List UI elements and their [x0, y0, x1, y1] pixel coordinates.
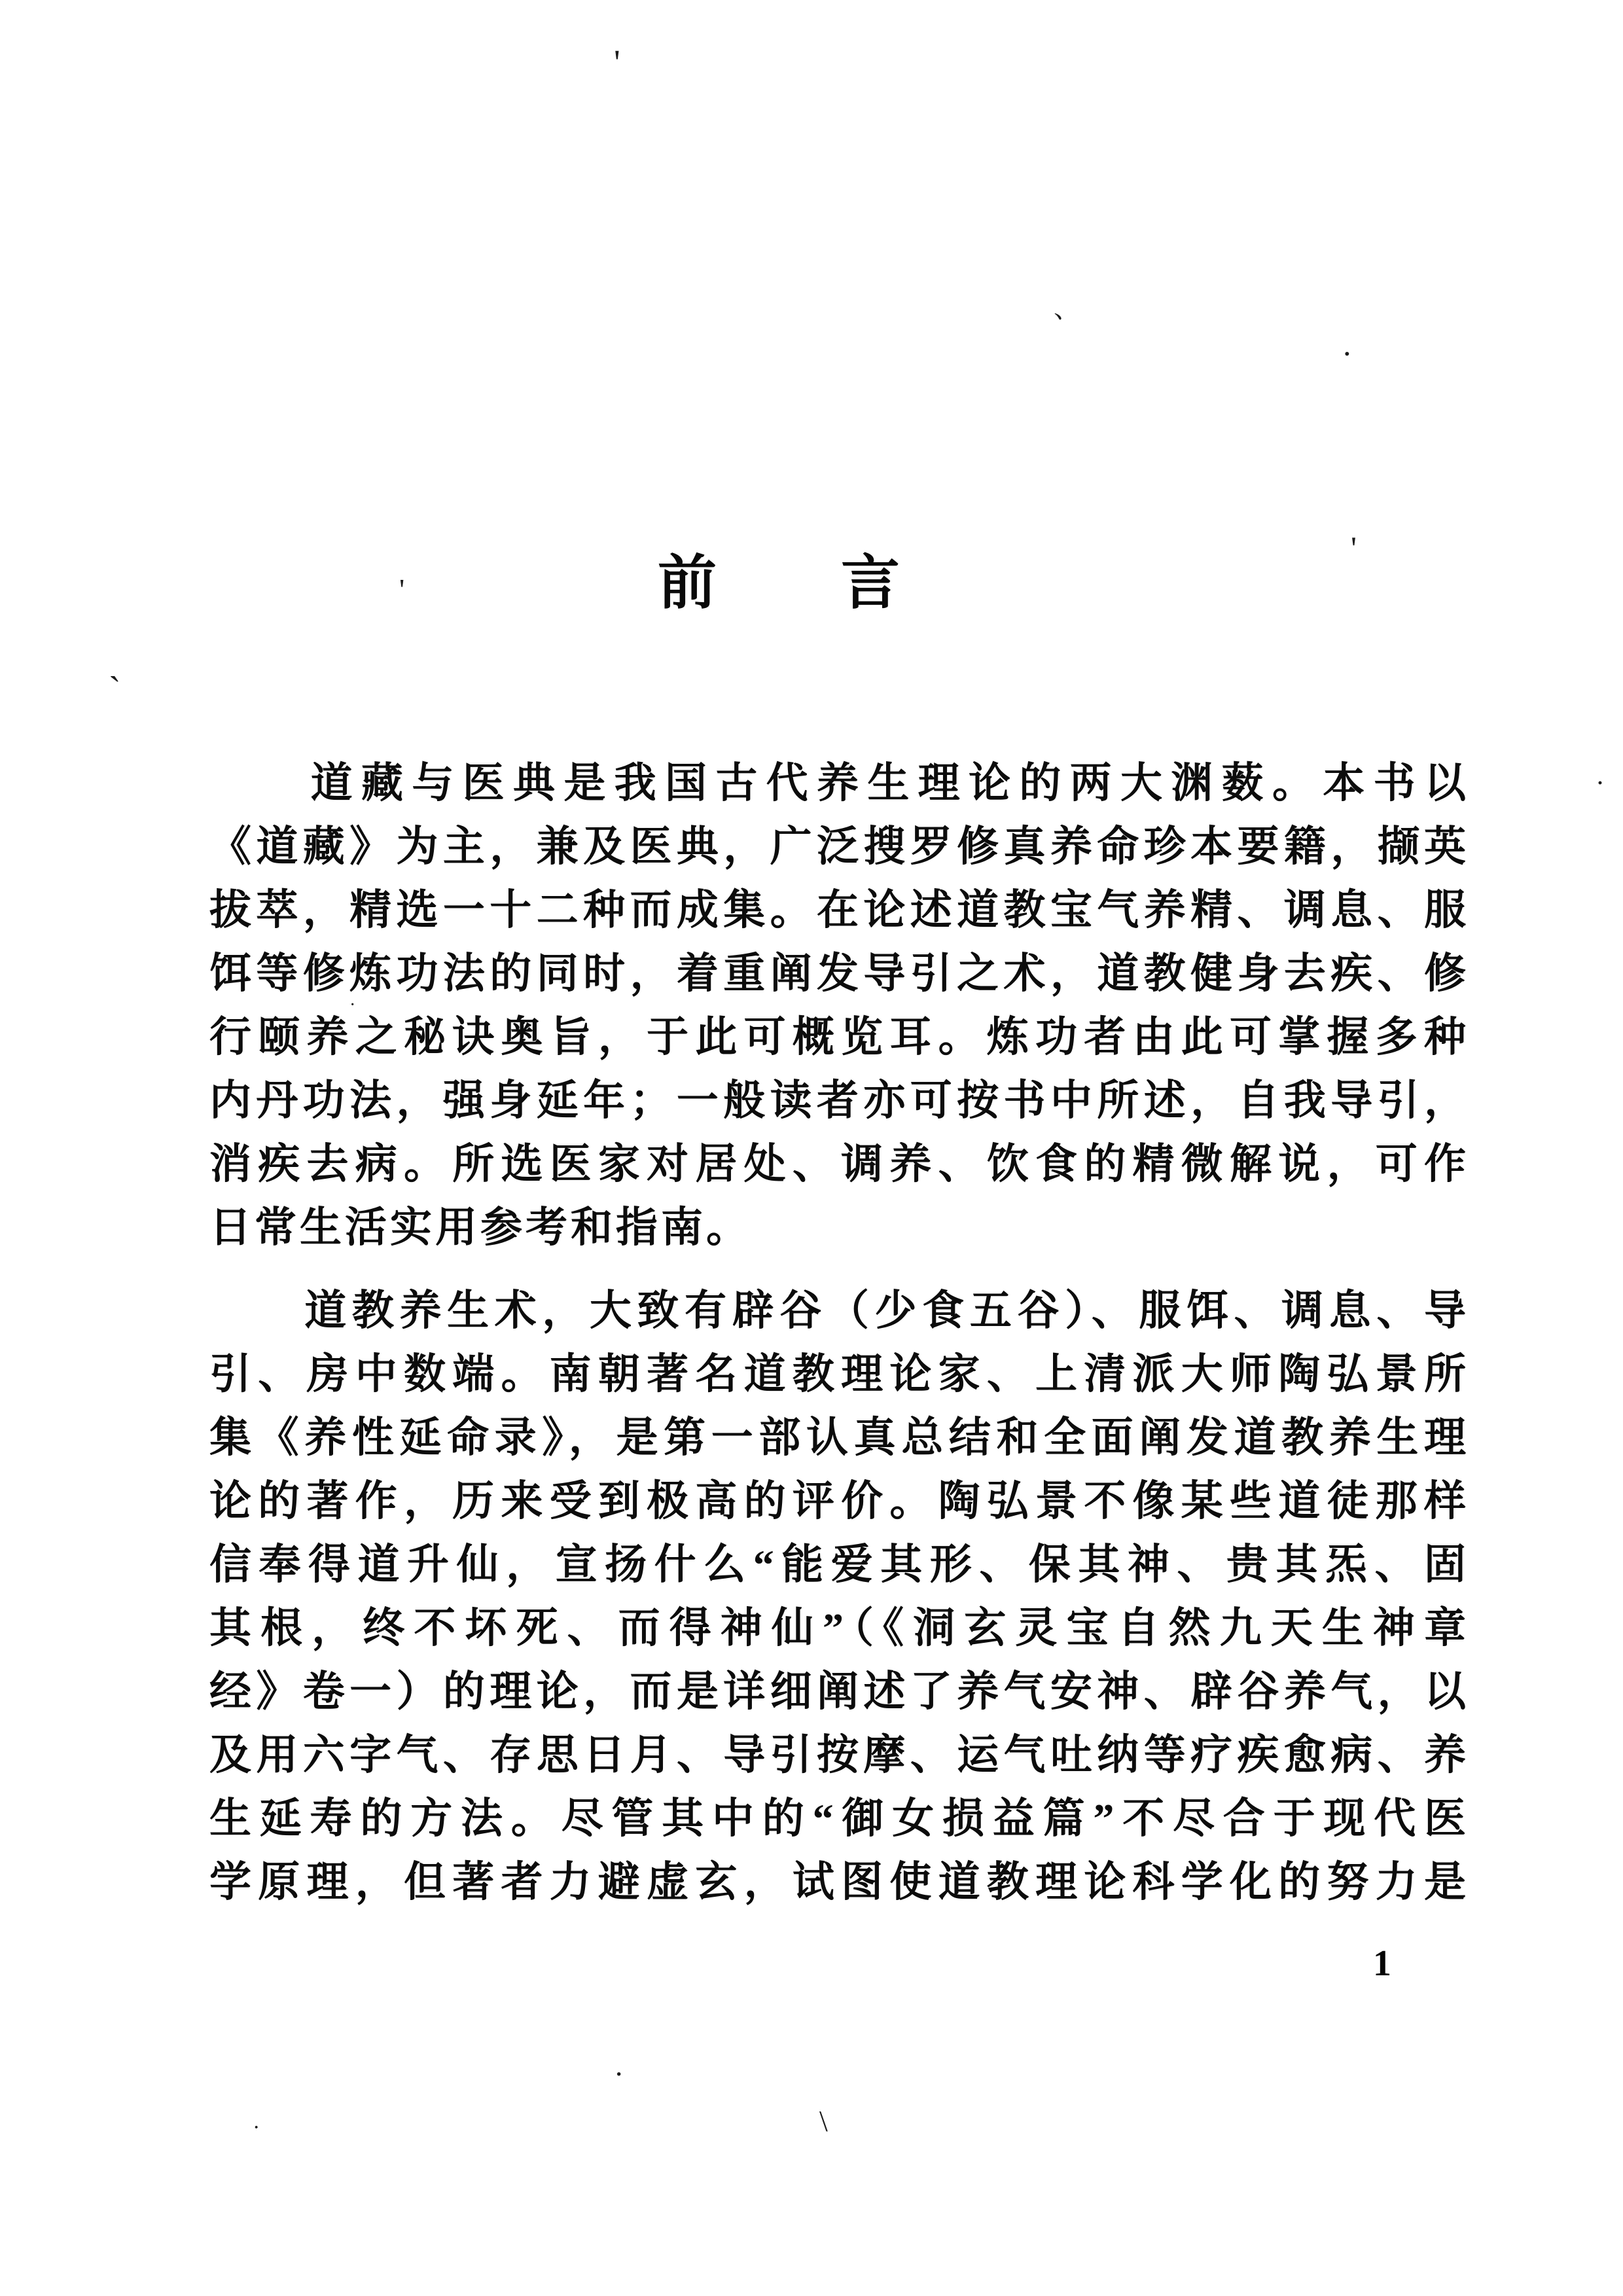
text-line: 其根，终不坏死、而得神仙”（《洞玄灵宝自然九天生神章 — [209, 1596, 1466, 1660]
scan-speck: ' — [399, 575, 404, 605]
text-line: 生延寿的方法。尽管其中的“御女损益篇”不尽合于现代医 — [209, 1787, 1466, 1850]
text-line: 集《养性延命录》，是第一部认真总结和全面阐发道教养生理 — [209, 1406, 1466, 1469]
page-number: 1 — [1373, 1943, 1391, 1984]
scan-speck: · — [614, 2059, 624, 2089]
title-char: 前 — [658, 551, 717, 616]
text-line: 引、房中数端。南朝著名道教理论家、上清派大师陶弘景所 — [209, 1342, 1466, 1406]
scan-speck: · — [349, 996, 355, 1014]
text-line: 饵等修炼功法的同时，着重阐发导引之术，道教健身去疾、修 — [209, 942, 1466, 1005]
text-line: 学原理，但著者力避虚玄，试图使道教理论科学化的努力是 — [209, 1850, 1466, 1914]
scan-speck: · — [1342, 337, 1353, 370]
paragraph-1: 道藏与医典是我国古代养生理论的两大渊薮。本书以《道藏》为主，兼及医典，广泛搜罗修… — [209, 751, 1466, 1259]
scan-speck: · — [1596, 770, 1605, 797]
text-line: 消疾去病。所选医家对居处、调养、饮食的精微解说，可作 — [209, 1132, 1466, 1196]
text-line: 《道藏》为主，兼及医典，广泛搜罗修真养命珍本要籍，撷英 — [209, 815, 1466, 878]
text-line: 行颐养之秘诀奥旨，于此可概览耳。炼功者由此可掌握多种 — [209, 1005, 1466, 1069]
title-char: 言 — [841, 551, 900, 616]
text-line: 经》卷一）的理论，而是详细阐述了养气安神、辟谷养气，以 — [209, 1660, 1466, 1723]
scan-speck: \ — [819, 2106, 828, 2136]
scan-speck: · — [253, 2117, 260, 2139]
scanned-book-page: 前言 道藏与医典是我国古代养生理论的两大渊薮。本书以《道藏》为主，兼及医典，广泛… — [0, 0, 1623, 2296]
body-text: 道藏与医典是我国古代养生理论的两大渊薮。本书以《道藏》为主，兼及医典，广泛搜罗修… — [209, 751, 1466, 1914]
text-line: 道教养生术，大致有辟谷（少食五谷）、服饵、调息、导 — [209, 1279, 1466, 1342]
scan-speck: ' — [1351, 531, 1357, 564]
text-line: 拔萃，精选一十二种而成集。在论述道教宝气养精、调息、服 — [209, 878, 1466, 942]
text-line: 及用六字气、存思日月、导引按摩、运气吐纳等疗疾愈病、养 — [209, 1723, 1466, 1787]
paragraph-2: 道教养生术，大致有辟谷（少食五谷）、服饵、调息、导引、房中数端。南朝著名道教理论… — [209, 1279, 1466, 1914]
scan-speck: ` — [109, 672, 121, 708]
text-line: 论的著作，历来受到极高的评价。陶弘景不像某些道徒那样 — [209, 1469, 1466, 1533]
text-line: 道藏与医典是我国古代养生理论的两大渊薮。本书以 — [209, 751, 1466, 815]
scan-speck: 、 — [1054, 296, 1080, 322]
text-line: 信奉得道升仙，宣扬什么“能爱其形、保其神、贵其炁、固 — [209, 1533, 1466, 1596]
text-line: 日常生活实用参考和指南。 — [209, 1196, 1466, 1259]
text-line: 内丹功法，强身延年；一般读者亦可按书中所述，自我导引， — [209, 1069, 1466, 1132]
scan-speck: ' — [614, 45, 620, 80]
